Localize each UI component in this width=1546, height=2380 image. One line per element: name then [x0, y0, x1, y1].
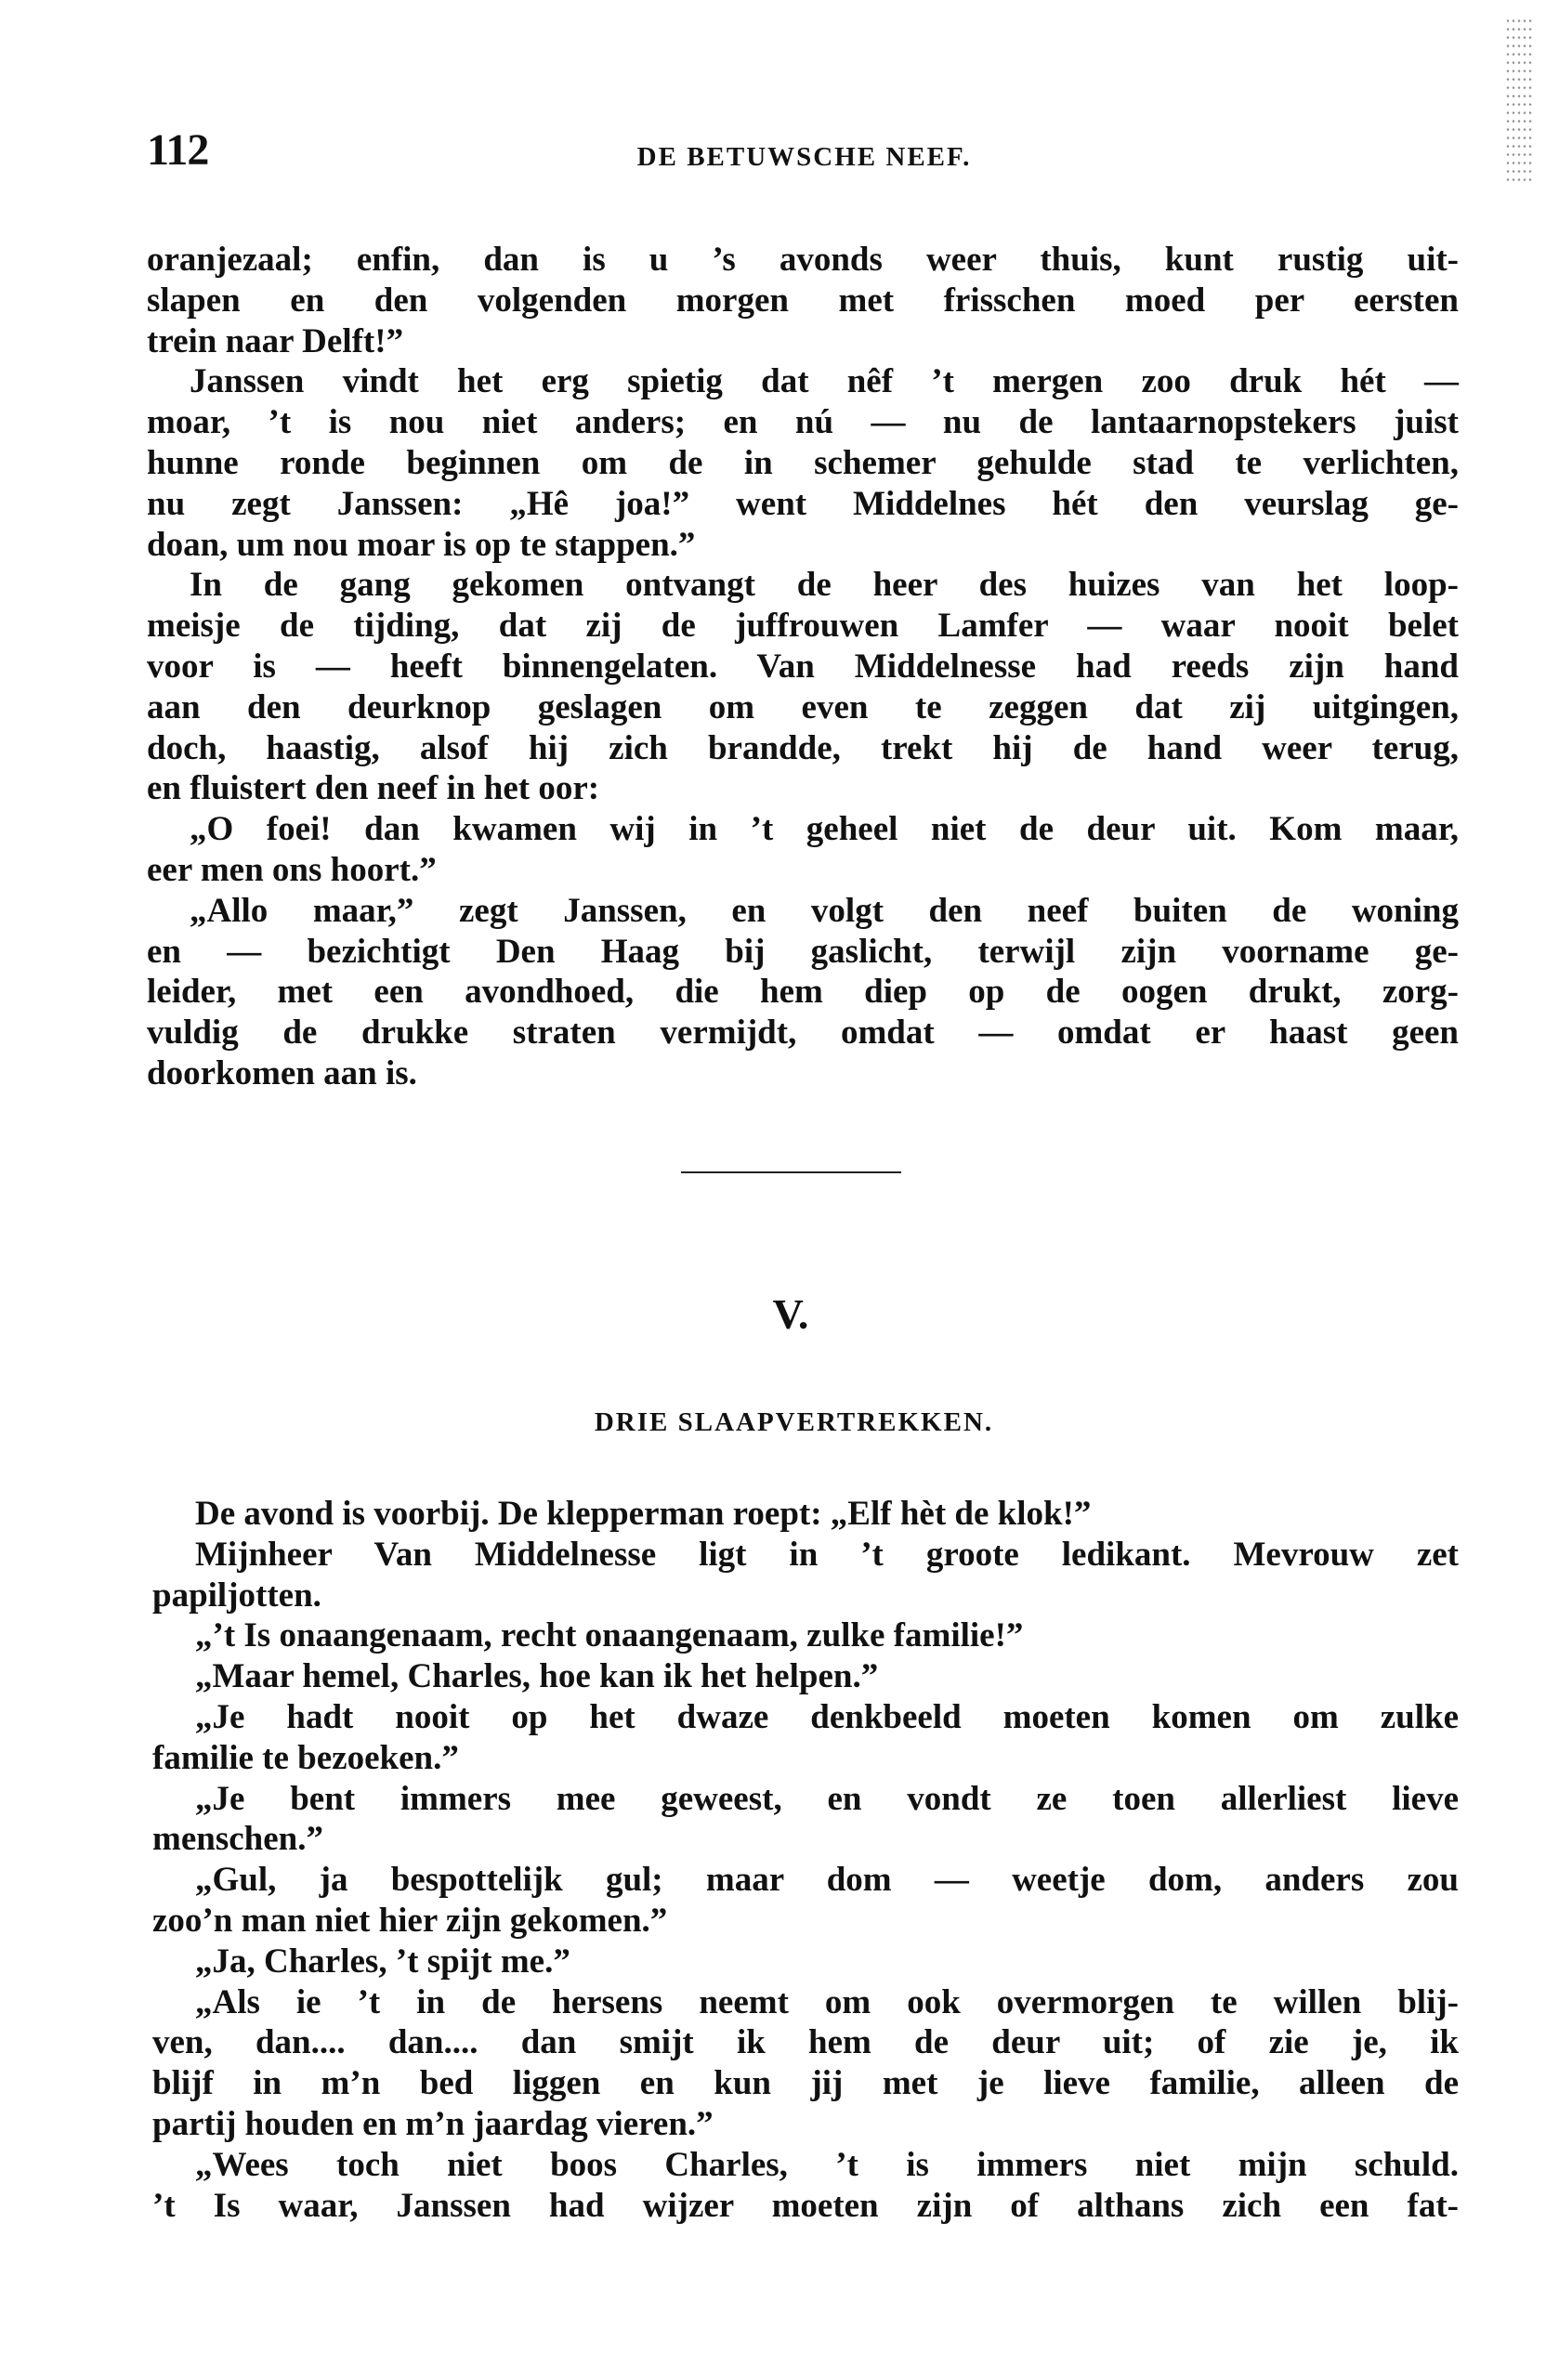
- paragraph-first-line: „Wees toch niet boos Charles, ’t is imme…: [152, 2145, 1459, 2186]
- paragraph-first-line: De avond is voorbij. De klepperman roept…: [152, 1494, 1459, 1535]
- text-line: meisje de tijding, dat zij de juffrouwen…: [147, 606, 1459, 647]
- text-line: slapen en den volgenden morgen met friss…: [147, 281, 1459, 321]
- paragraph-first-line: „’t Is onaangenaam, recht onaangenaam, z…: [152, 1615, 1459, 1656]
- paragraph-first-line: Mijnheer Van Middelnesse ligt in ’t groo…: [152, 1535, 1459, 1576]
- text-line: eer men ons hoort.”: [147, 850, 1459, 891]
- text-line: en — bezichtigt Den Haag bij gaslicht, t…: [147, 932, 1459, 973]
- text-line: ven, dan.... dan.... dan smijt ik hem de…: [152, 2022, 1459, 2063]
- paragraph-first-line: „O foei! dan kwamen wij in ’t geheel nie…: [147, 809, 1459, 850]
- page-number: 112: [147, 124, 208, 177]
- text-line: familie te bezoeken.”: [152, 1738, 1459, 1779]
- text-line: nu zegt Janssen: „Hê joa!” went Middelne…: [147, 484, 1459, 525]
- paragraph-first-line: „Gul, ja bespottelijk gul; maar dom — we…: [152, 1860, 1459, 1901]
- paragraph-first-line: „Maar hemel, Charles, hoe kan ik het hel…: [152, 1656, 1459, 1697]
- paragraph-first-line: Janssen vindt het erg spietig dat nêf ’t…: [147, 361, 1459, 402]
- chapter-title: DRIE SLAAPVERTREKKEN.: [0, 1406, 1546, 1438]
- running-title: DE BETUWSCHE NEEF.: [611, 141, 997, 173]
- text-line: hunne ronde beginnen om de in schemer ge…: [147, 443, 1459, 484]
- paragraph-first-line: „Je bent immers mee geweest, en vondt ze…: [152, 1779, 1459, 1820]
- text-line: partij houden en m’n jaardag vieren.”: [152, 2104, 1459, 2145]
- text-line: menschen.”: [152, 1819, 1459, 1860]
- text-line: doch, haastig, alsof hij zich brandde, t…: [147, 728, 1459, 769]
- text-line: blijf in m’n bed liggen en kun jij met j…: [152, 2063, 1459, 2104]
- text-line: trein naar Delft!”: [147, 321, 1459, 362]
- paragraph-first-line: In de gang gekomen ontvangt de heer des …: [147, 565, 1459, 606]
- text-line: oranjezaal; enfin, dan is u ’s avonds we…: [147, 240, 1459, 281]
- text-line: aan den deurknop geslagen om even te zeg…: [147, 687, 1459, 728]
- chapter-number: V.: [0, 1293, 1546, 1336]
- paragraph-first-line: „Je hadt nooit op het dwaze denkbeeld mo…: [152, 1697, 1459, 1738]
- paragraph-first-line: „Ja, Charles, ’t spijt me.”: [152, 1942, 1459, 1982]
- text-line: doan, um nou moar is op te stappen.”: [147, 525, 1459, 566]
- text-line: vuldig de drukke straten vermijdt, omdat…: [147, 1013, 1459, 1053]
- text-line: en fluistert den neef in het oor:: [147, 768, 1459, 809]
- text-line: papiljotten.: [152, 1576, 1459, 1616]
- paragraph-first-line: „Allo maar,” zegt Janssen, en volgt den …: [147, 891, 1459, 932]
- chapter-continuation-text: oranjezaal; enfin, dan is u ’s avonds we…: [147, 240, 1459, 1094]
- chapter-body-text: De avond is voorbij. De klepperman roept…: [152, 1494, 1459, 2226]
- scan-edge-noise: [1505, 17, 1533, 184]
- text-line: zoo’n man niet hier zijn gekomen.”: [152, 1901, 1459, 1942]
- text-line: ’t Is waar, Janssen had wijzer moeten zi…: [152, 2186, 1459, 2227]
- paragraph-first-line: „Als ie ’t in de hersens neemt om ook ov…: [152, 1982, 1459, 2023]
- text-line: voor is — heeft binnengelaten. Van Midde…: [147, 647, 1459, 687]
- book-page: 112 DE BETUWSCHE NEEF. oranjezaal; enfin…: [0, 0, 1546, 2380]
- text-line: moar, ’t is nou niet anders; en nú — nu …: [147, 402, 1459, 443]
- running-head: 112 DE BETUWSCHE NEEF.: [147, 124, 1459, 180]
- text-line: doorkomen aan is.: [147, 1053, 1459, 1094]
- text-line: leider, met een avondhoed, die hem diep …: [147, 972, 1459, 1013]
- section-divider-rule: [681, 1171, 901, 1173]
